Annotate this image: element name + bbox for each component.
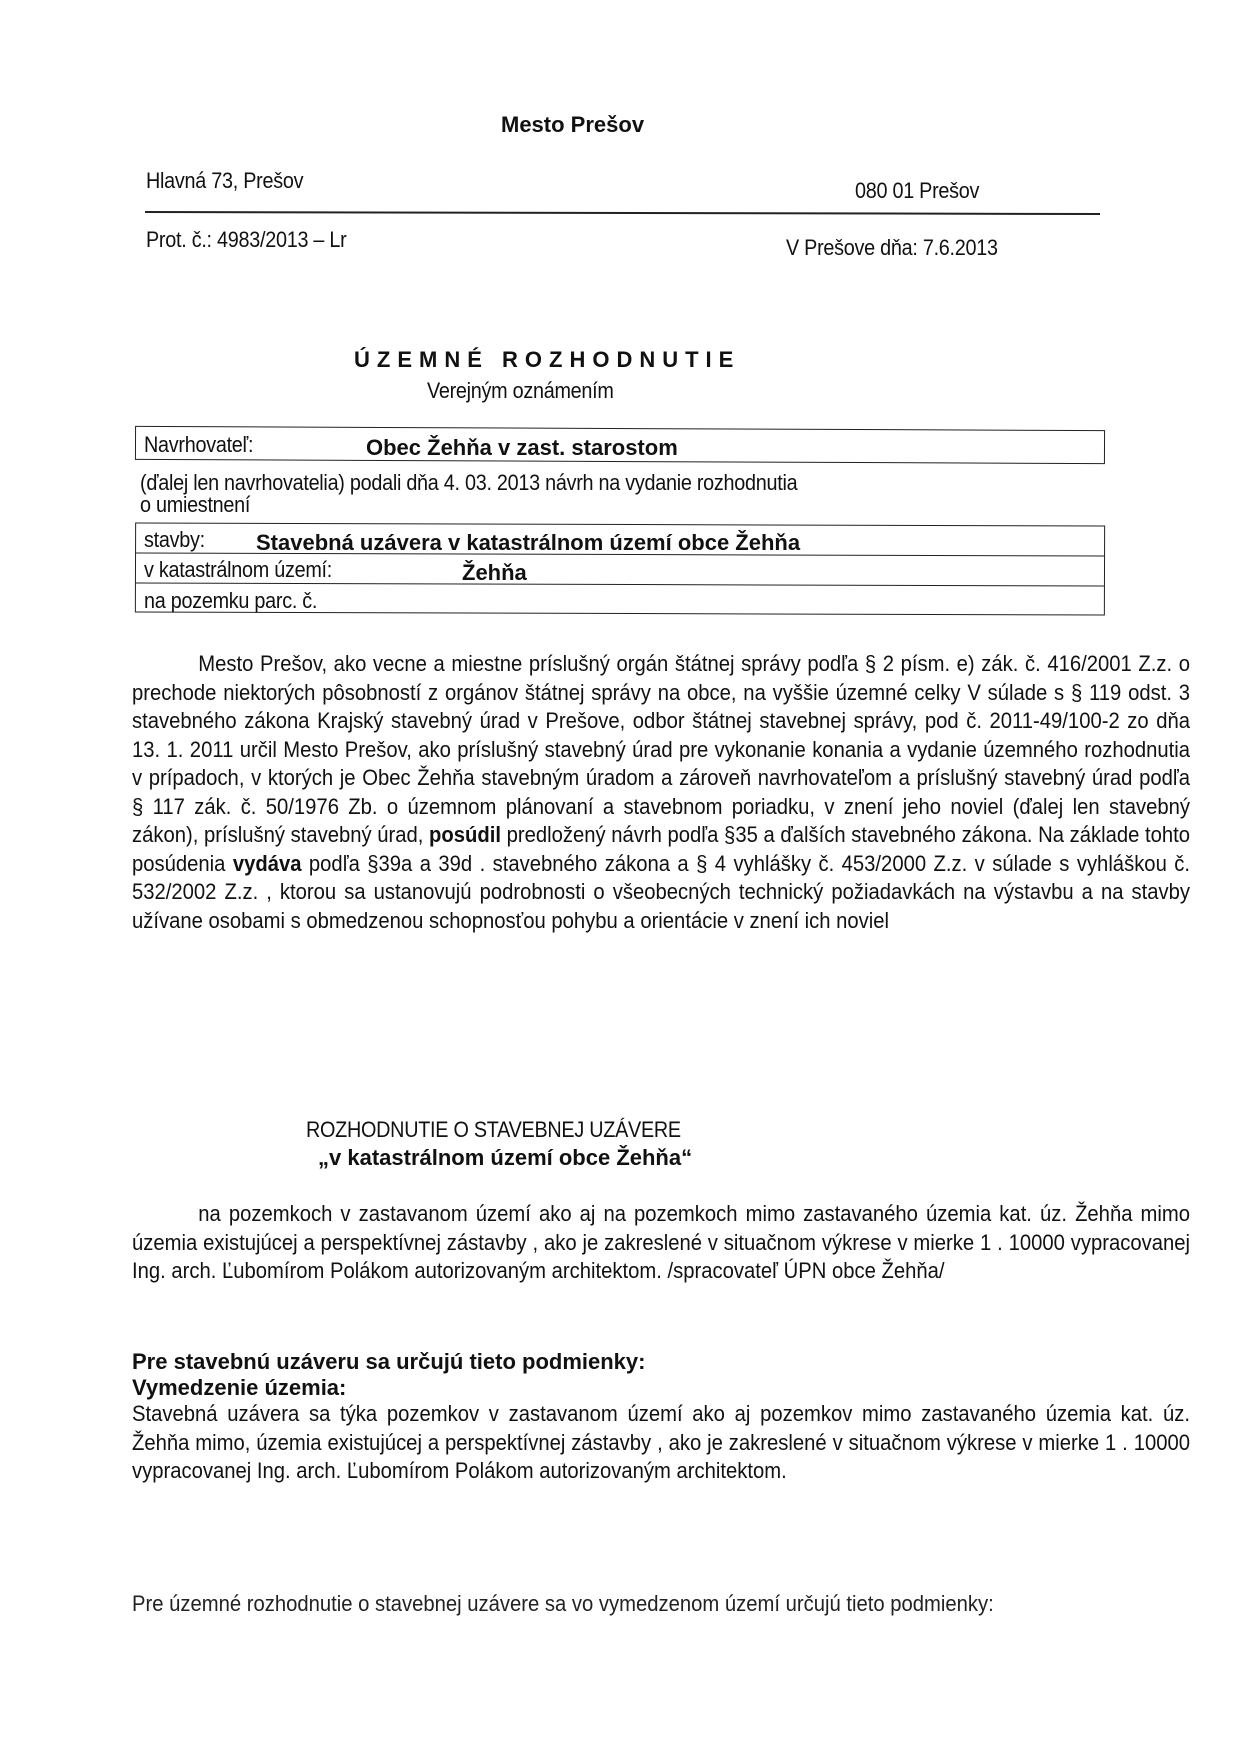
text-run: Mesto Prešov, ako vecne a miestne príslu…: [132, 651, 1190, 847]
cadastral-value: Žehňa: [462, 560, 527, 586]
construction-value: Stavebná uzávera v katastrálnom území ob…: [256, 530, 800, 556]
area-definition-heading: Vymedzenie územia:: [132, 1375, 346, 1401]
row-divider: [136, 582, 1104, 586]
decision-subtitle: „v katastrálnom území obce Žehňa“: [318, 1145, 692, 1171]
emphasis-vydava: vydáva: [233, 851, 302, 876]
construction-label: stavby:: [144, 527, 205, 553]
legal-basis-paragraph: Mesto Prešov, ako vecne a miestne príslu…: [132, 650, 1190, 935]
conditions-intro-paragraph: Pre územné rozhodnutie o stavebnej uzáve…: [132, 1590, 1190, 1619]
document-subtitle: Verejným oznámením: [427, 378, 614, 404]
parcel-label: na pozemku parc. č.: [144, 588, 317, 614]
place-and-date: V Prešove dňa: 7.6.2013: [786, 235, 998, 261]
cadastral-label: v katastrálnom území:: [144, 557, 332, 583]
text-run: na pozemkoch v zastavanom území ako aj n…: [132, 1201, 1190, 1283]
area-definition-paragraph: Stavebná uzávera sa týka pozemkov v zast…: [132, 1400, 1190, 1486]
issuer-name: Mesto Prešov: [501, 112, 644, 138]
conditions-heading: Pre stavebnú uzáveru sa určujú tieto pod…: [132, 1349, 645, 1375]
decision-scope-paragraph: na pozemkoch v zastavanom území ako aj n…: [132, 1200, 1190, 1286]
applicant-value: Obec Žehňa v zast. starostom: [366, 435, 678, 461]
filing-statement-cont: o umiestnení: [140, 492, 250, 518]
header-divider: [145, 211, 1100, 215]
issuer-zip-city: 080 01 Prešov: [855, 178, 979, 204]
applicant-label: Navrhovateľ:: [144, 432, 253, 458]
issuer-address: Hlavná 73, Prešov: [146, 168, 303, 194]
filing-statement: (ďalej len navrhovatelia) podali dňa 4. …: [140, 470, 1130, 496]
decision-title: ROZHODNUTIE O STAVEBNEJ UZÁVERE: [306, 1117, 681, 1143]
document-title: ÚZEMNÉ ROZHODNUTIE: [354, 347, 740, 373]
protocol-number: Prot. č.: 4983/2013 – Lr: [146, 227, 346, 253]
emphasis-posudil: posúdil: [429, 822, 501, 847]
